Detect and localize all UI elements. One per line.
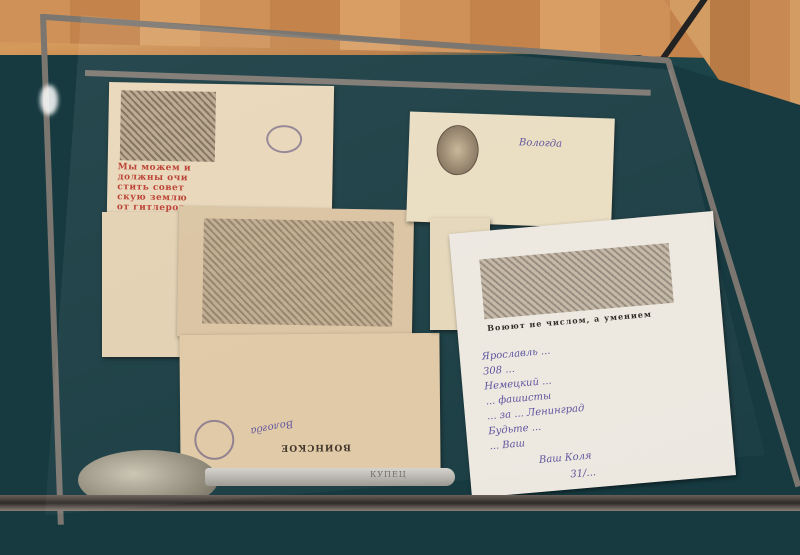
light-reflection	[40, 85, 58, 115]
glass-pane	[45, 15, 765, 515]
